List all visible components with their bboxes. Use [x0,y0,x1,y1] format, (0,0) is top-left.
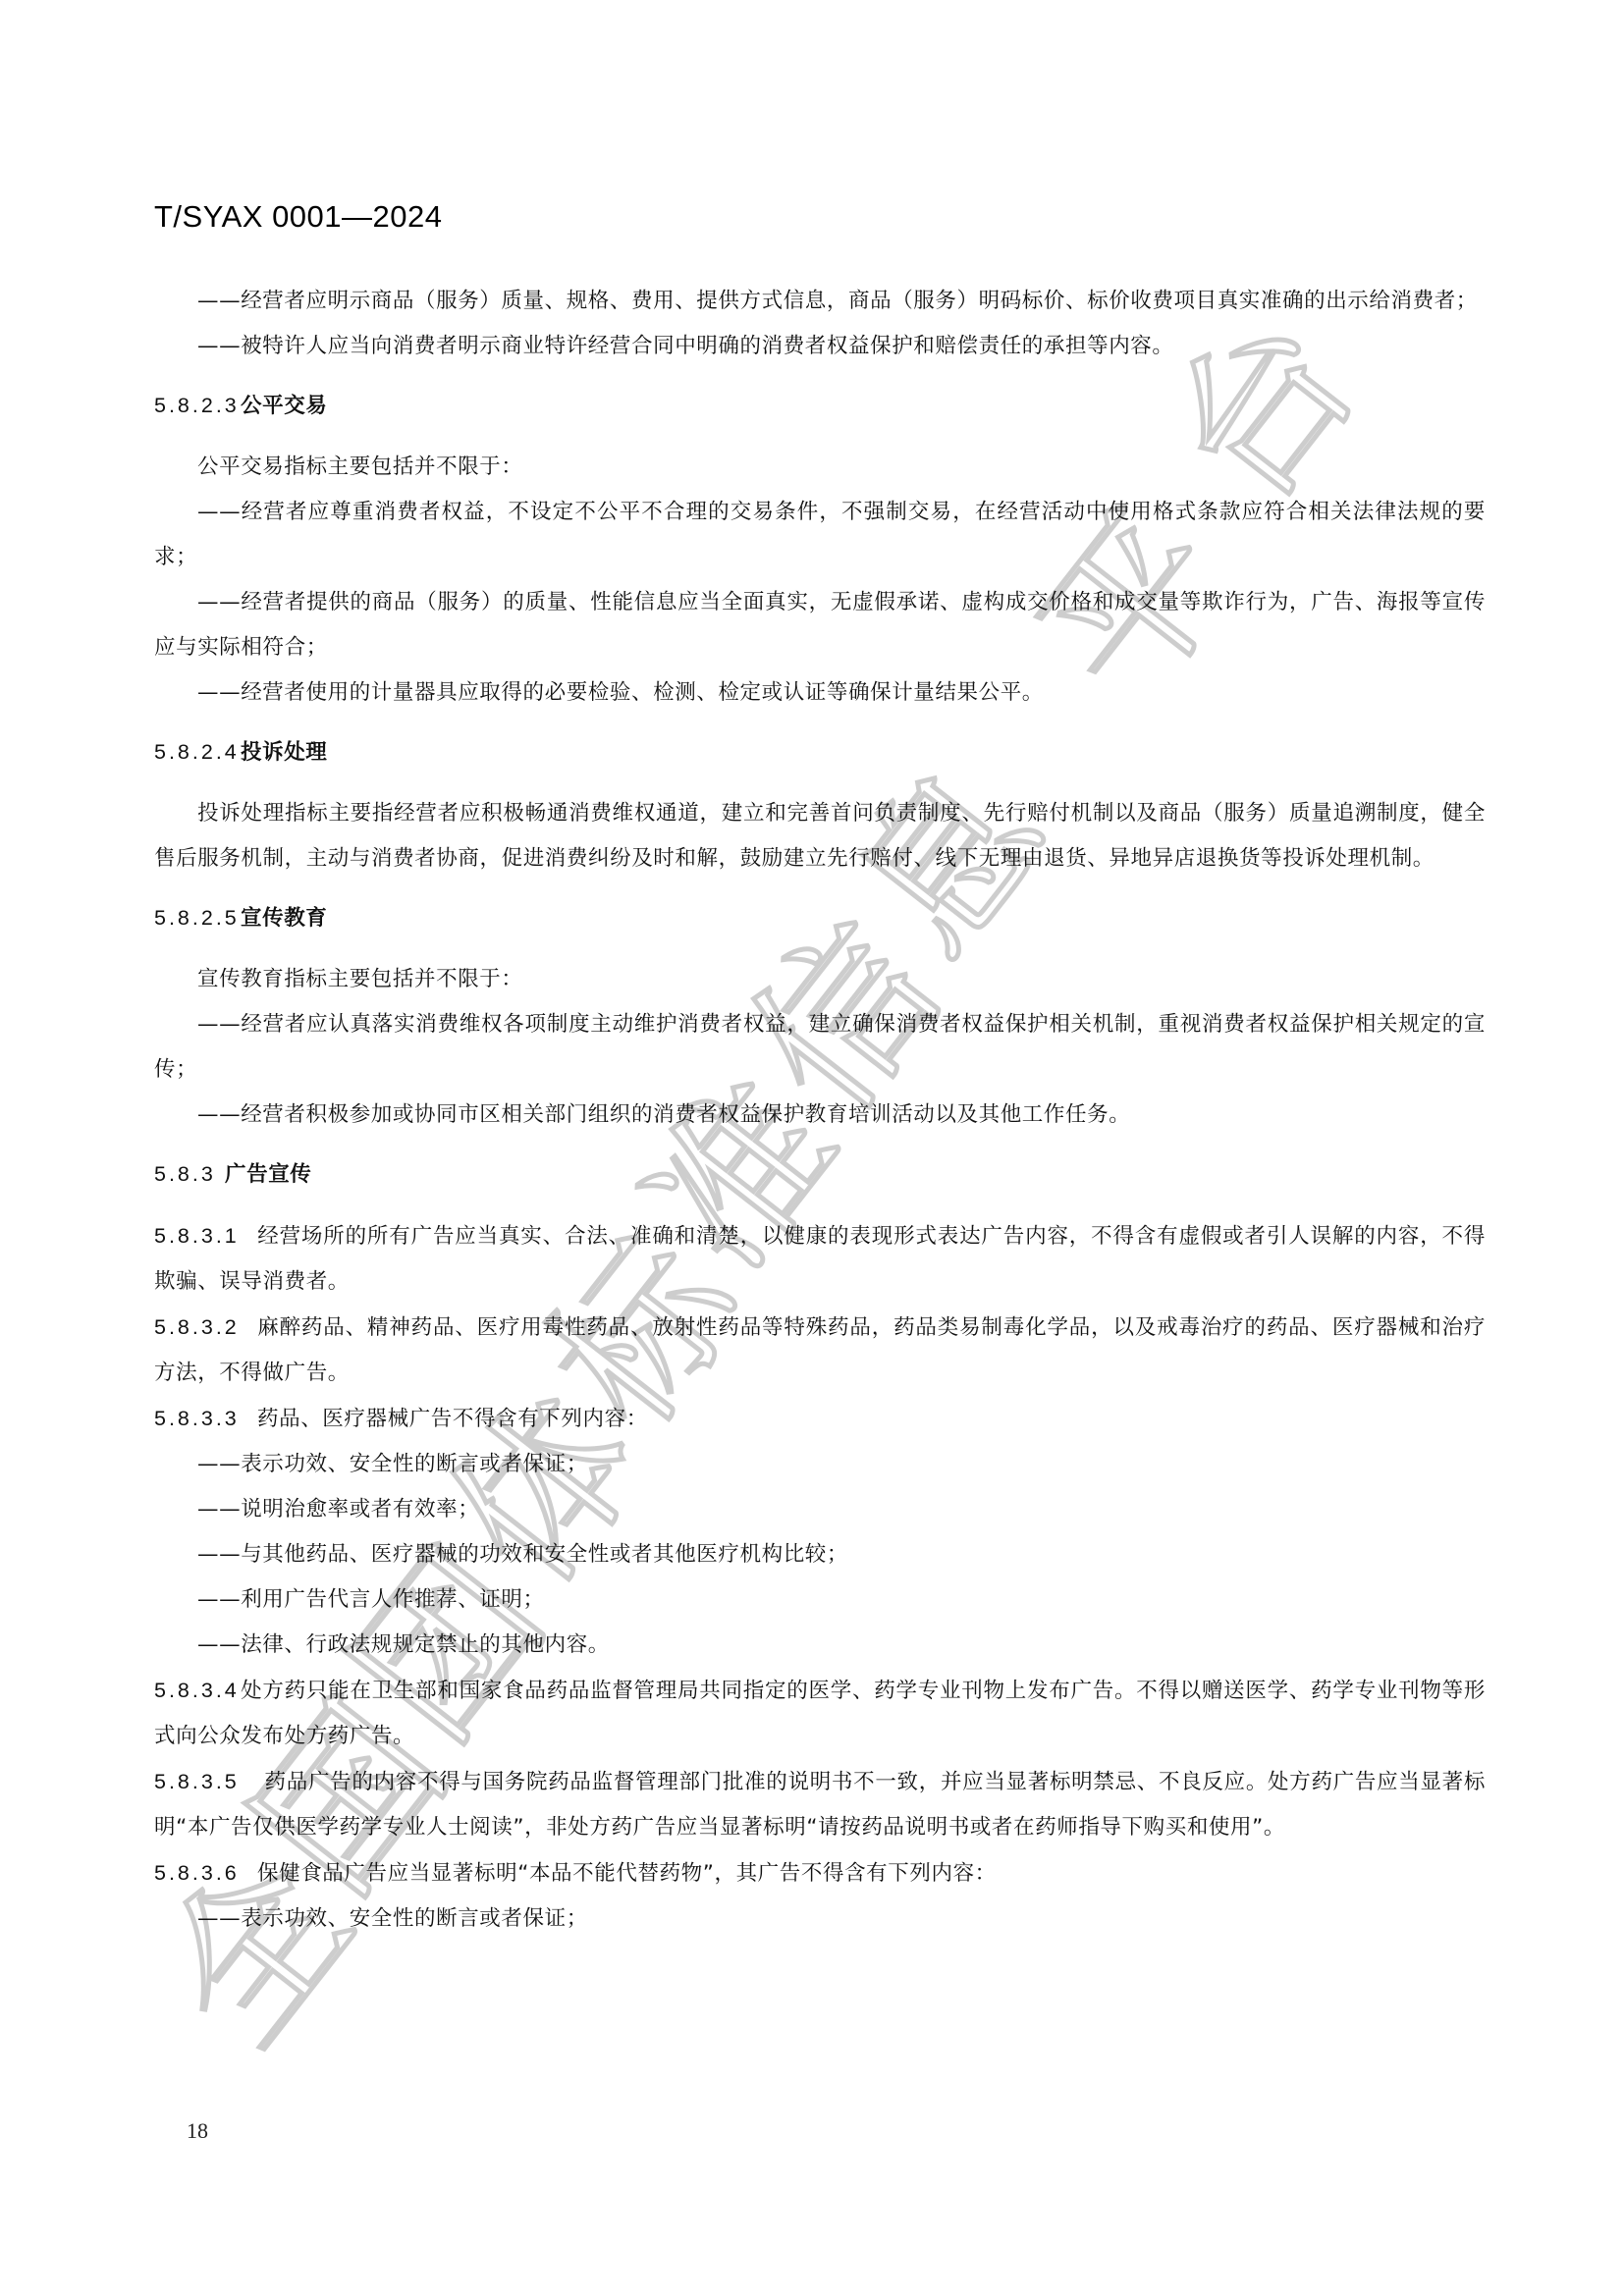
section-heading-583: 5.8.3广告宣传 [154,1151,1486,1198]
clause-number: 5.8.3.3 [154,1396,257,1441]
document-body: ——经营者应明示商品（服务）质量、规格、费用、提供方式信息，商品（服务）明码标价… [154,279,1486,1942]
list-item: ——表示功效、安全性的断言或者保证； [154,1896,1486,1942]
clause-text: 麻醉药品、精神药品、医疗用毒性药品、放射性药品等特殊药品，药品类易制毒化学品，以… [154,1315,1486,1385]
list-item: ——法律、行政法规规定禁止的其他内容。 [154,1623,1486,1668]
list-item: ——说明治愈率或者有效率； [154,1487,1486,1532]
list-item: ——经营者应尊重消费者权益，不设定不公平不合理的交易条件，不强制交易，在经营活动… [154,490,1486,580]
list-item: ——与其他药品、医疗器械的功效和安全性或者其他医疗机构比较； [154,1532,1486,1577]
section-number: 5.8.2.3 [154,383,241,428]
list-item: ——经营者使用的计量器具应取得的必要检验、检测、检定或认证等确保计量结果公平。 [154,670,1486,716]
list-item: ——利用广告代言人作推荐、证明； [154,1577,1486,1623]
clause-number: 5.8.3.5 [154,1759,257,1804]
section-number: 5.8.2.4 [154,729,241,774]
list-item: ——表示功效、安全性的断言或者保证； [154,1442,1486,1487]
document-page: 全 国 团 体 标 准 信 息 平 台 T/SYAX 0001—2024 ——经… [0,0,1624,2296]
clause-text: 药品广告的内容不得与国务院药品监督管理部门批准的说明书不一致，并应当显著标明禁忌… [154,1770,1486,1840]
list-item: ——经营者应认真落实消费维权各项制度主动维护消费者权益，建立确保消费者权益保护相… [154,1002,1486,1093]
clause-number: 5.8.3.4 [154,1668,241,1713]
document-code: T/SYAX 0001—2024 [154,199,443,235]
list-item: ——经营者积极参加或协同市区相关部门组织的消费者权益保护教育培训活动以及其他工作… [154,1093,1486,1138]
page-number: 18 [187,2118,208,2144]
section-heading-5825: 5.8.2.5宣传教育 [154,895,1486,941]
list-item: ——经营者提供的商品（服务）的质量、性能信息应当全面真实，无虚假承诺、虚构成交价… [154,580,1486,670]
clause-5833: 5.8.3.3药品、医疗器械广告不得含有下列内容： [154,1396,1486,1442]
section-title: 广告宣传 [225,1162,311,1187]
section-heading-5824: 5.8.2.4投诉处理 [154,729,1486,775]
clause-5834: 5.8.3.4处方药只能在卫生部和国家食品药品监督管理局共同指定的医学、药学专业… [154,1668,1486,1759]
clause-number: 5.8.3.6 [154,1850,257,1896]
section-number: 5.8.3 [154,1151,225,1197]
section-title: 宣传教育 [241,906,327,931]
clause-text: 保健食品广告应当显著标明“本品不能代替药物”，其广告不得含有下列内容： [257,1861,997,1886]
section-heading-5823: 5.8.2.3公平交易 [154,383,1486,429]
clause-5836: 5.8.3.6保健食品广告应当显著标明“本品不能代替药物”，其广告不得含有下列内… [154,1850,1486,1896]
clause-5832: 5.8.3.2麻醉药品、精神药品、医疗用毒性药品、放射性药品等特殊药品，药品类易… [154,1305,1486,1396]
list-item: ——被特许人应当向消费者明示商业特许经营合同中明确的消费者权益保护和赔偿责任的承… [154,324,1486,369]
section-title: 投诉处理 [241,740,327,765]
clause-5831: 5.8.3.1经营场所的所有广告应当真实、合法、准确和清楚，以健康的表现形式表达… [154,1213,1486,1305]
clause-text: 处方药只能在卫生部和国家食品药品监督管理局共同指定的医学、药学专业刊物上发布广告… [154,1679,1486,1748]
paragraph: 公平交易指标主要包括并不限于： [154,445,1486,490]
clause-text: 经营场所的所有广告应当真实、合法、准确和清楚，以健康的表现形式表达广告内容，不得… [154,1224,1486,1294]
paragraph: 投诉处理指标主要指经营者应积极畅通消费维权通道，建立和完善首问负责制度、先行赔付… [154,791,1486,881]
section-number: 5.8.2.5 [154,895,241,940]
paragraph: 宣传教育指标主要包括并不限于： [154,957,1486,1002]
clause-5835: 5.8.3.5 药品广告的内容不得与国务院药品监督管理部门批准的说明书不一致，并… [154,1759,1486,1850]
clause-number: 5.8.3.1 [154,1213,257,1258]
clause-number: 5.8.3.2 [154,1305,257,1350]
clause-text: 药品、医疗器械广告不得含有下列内容： [257,1407,648,1431]
section-title: 公平交易 [241,394,327,418]
list-item: ——经营者应明示商品（服务）质量、规格、费用、提供方式信息，商品（服务）明码标价… [154,279,1486,324]
